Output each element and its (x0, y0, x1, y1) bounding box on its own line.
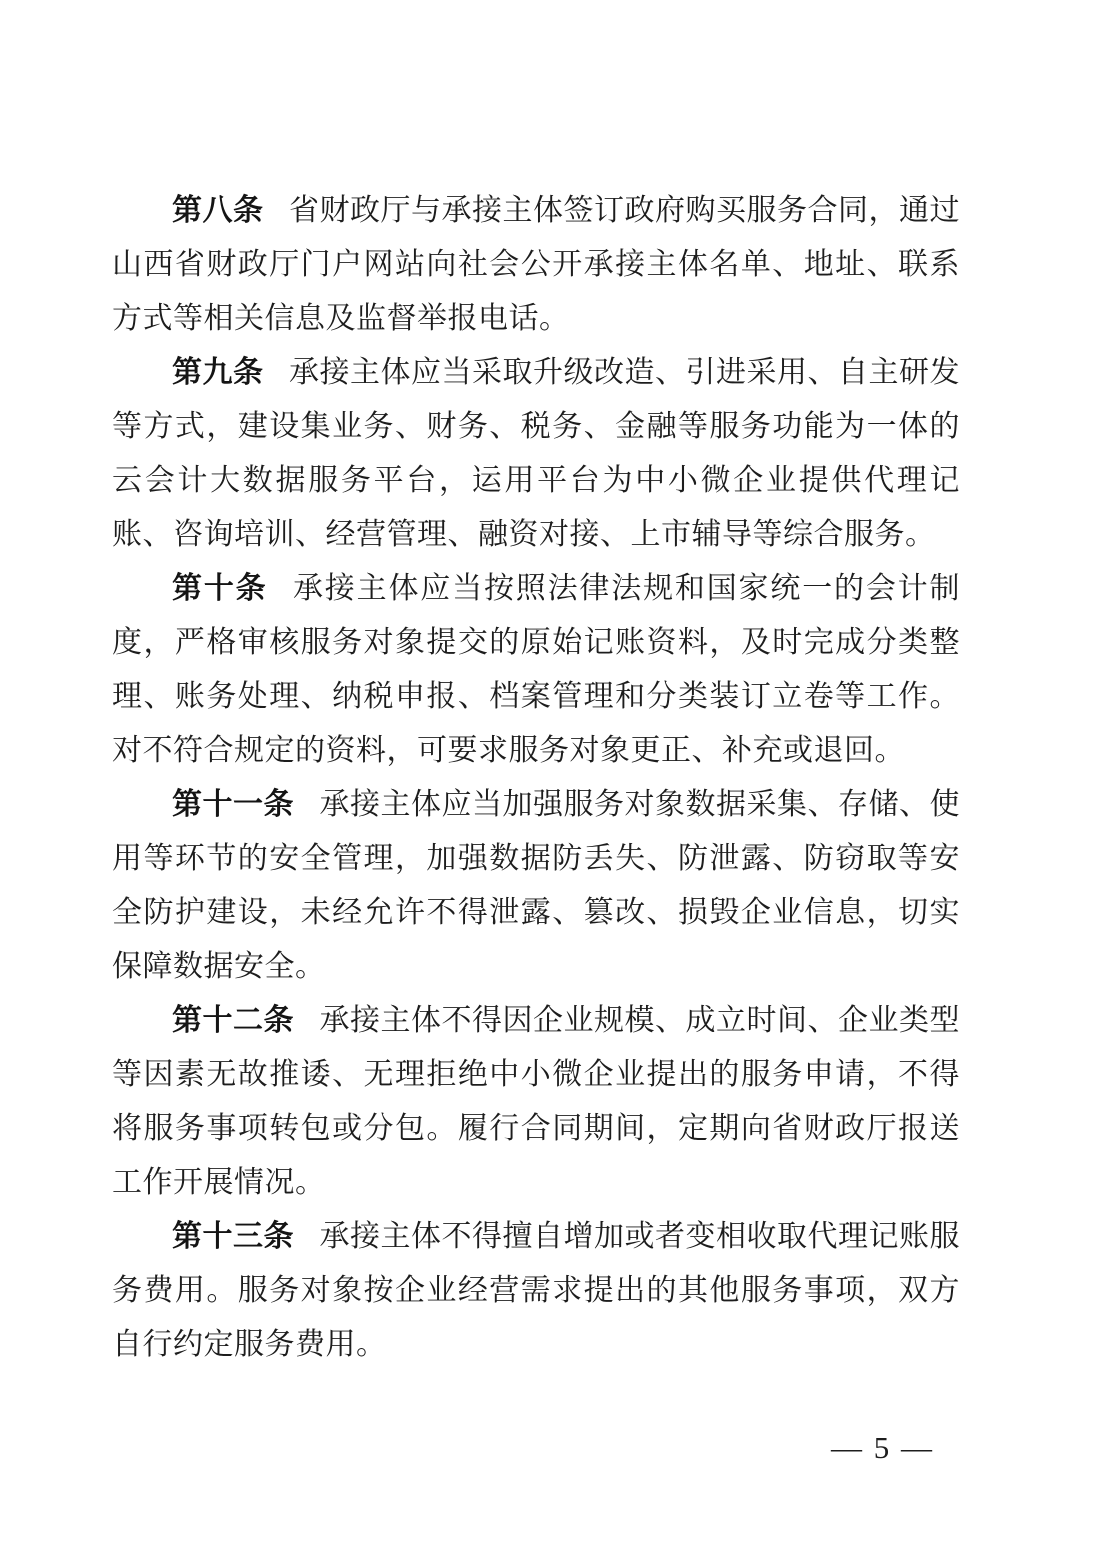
article-number: 第十一条 (172, 788, 294, 821)
article-paragraph: 第十一条承接主体应当加强服务对象数据采集、存储、使用等环节的安全管理，加强数据防… (112, 778, 960, 994)
article-paragraph: 第十二条承接主体不得因企业规模、成立时间、企业类型等因素无故推诿、无理拒绝中小微… (112, 994, 960, 1210)
article-number: 第八条 (172, 194, 264, 227)
article-number: 第九条 (172, 356, 264, 389)
article-paragraph: 第八条省财政厅与承接主体签订政府购买服务合同，通过山西省财政厅门户网站向社会公开… (112, 184, 960, 346)
document-body: 第八条省财政厅与承接主体签订政府购买服务合同，通过山西省财政厅门户网站向社会公开… (112, 184, 960, 1372)
page-number: — 5 — (831, 1430, 934, 1465)
article-paragraph: 第十条承接主体应当按照法律法规和国家统一的会计制度，严格审核服务对象提交的原始记… (112, 562, 960, 778)
article-number: 第十条 (172, 572, 267, 605)
article-paragraph: 第九条承接主体应当采取升级改造、引进采用、自主研发等方式，建设集业务、财务、税务… (112, 346, 960, 562)
page-footer: — 5 — (792, 1388, 934, 1508)
article-number: 第十二条 (172, 1004, 294, 1037)
article-paragraph: 第十三条承接主体不得擅自增加或者变相收取代理记账服务费用。服务对象按企业经营需求… (112, 1210, 960, 1372)
article-number: 第十三条 (172, 1220, 294, 1253)
document-page: 第八条省财政厅与承接主体签订政府购买服务合同，通过山西省财政厅门户网站向社会公开… (0, 0, 1102, 1559)
